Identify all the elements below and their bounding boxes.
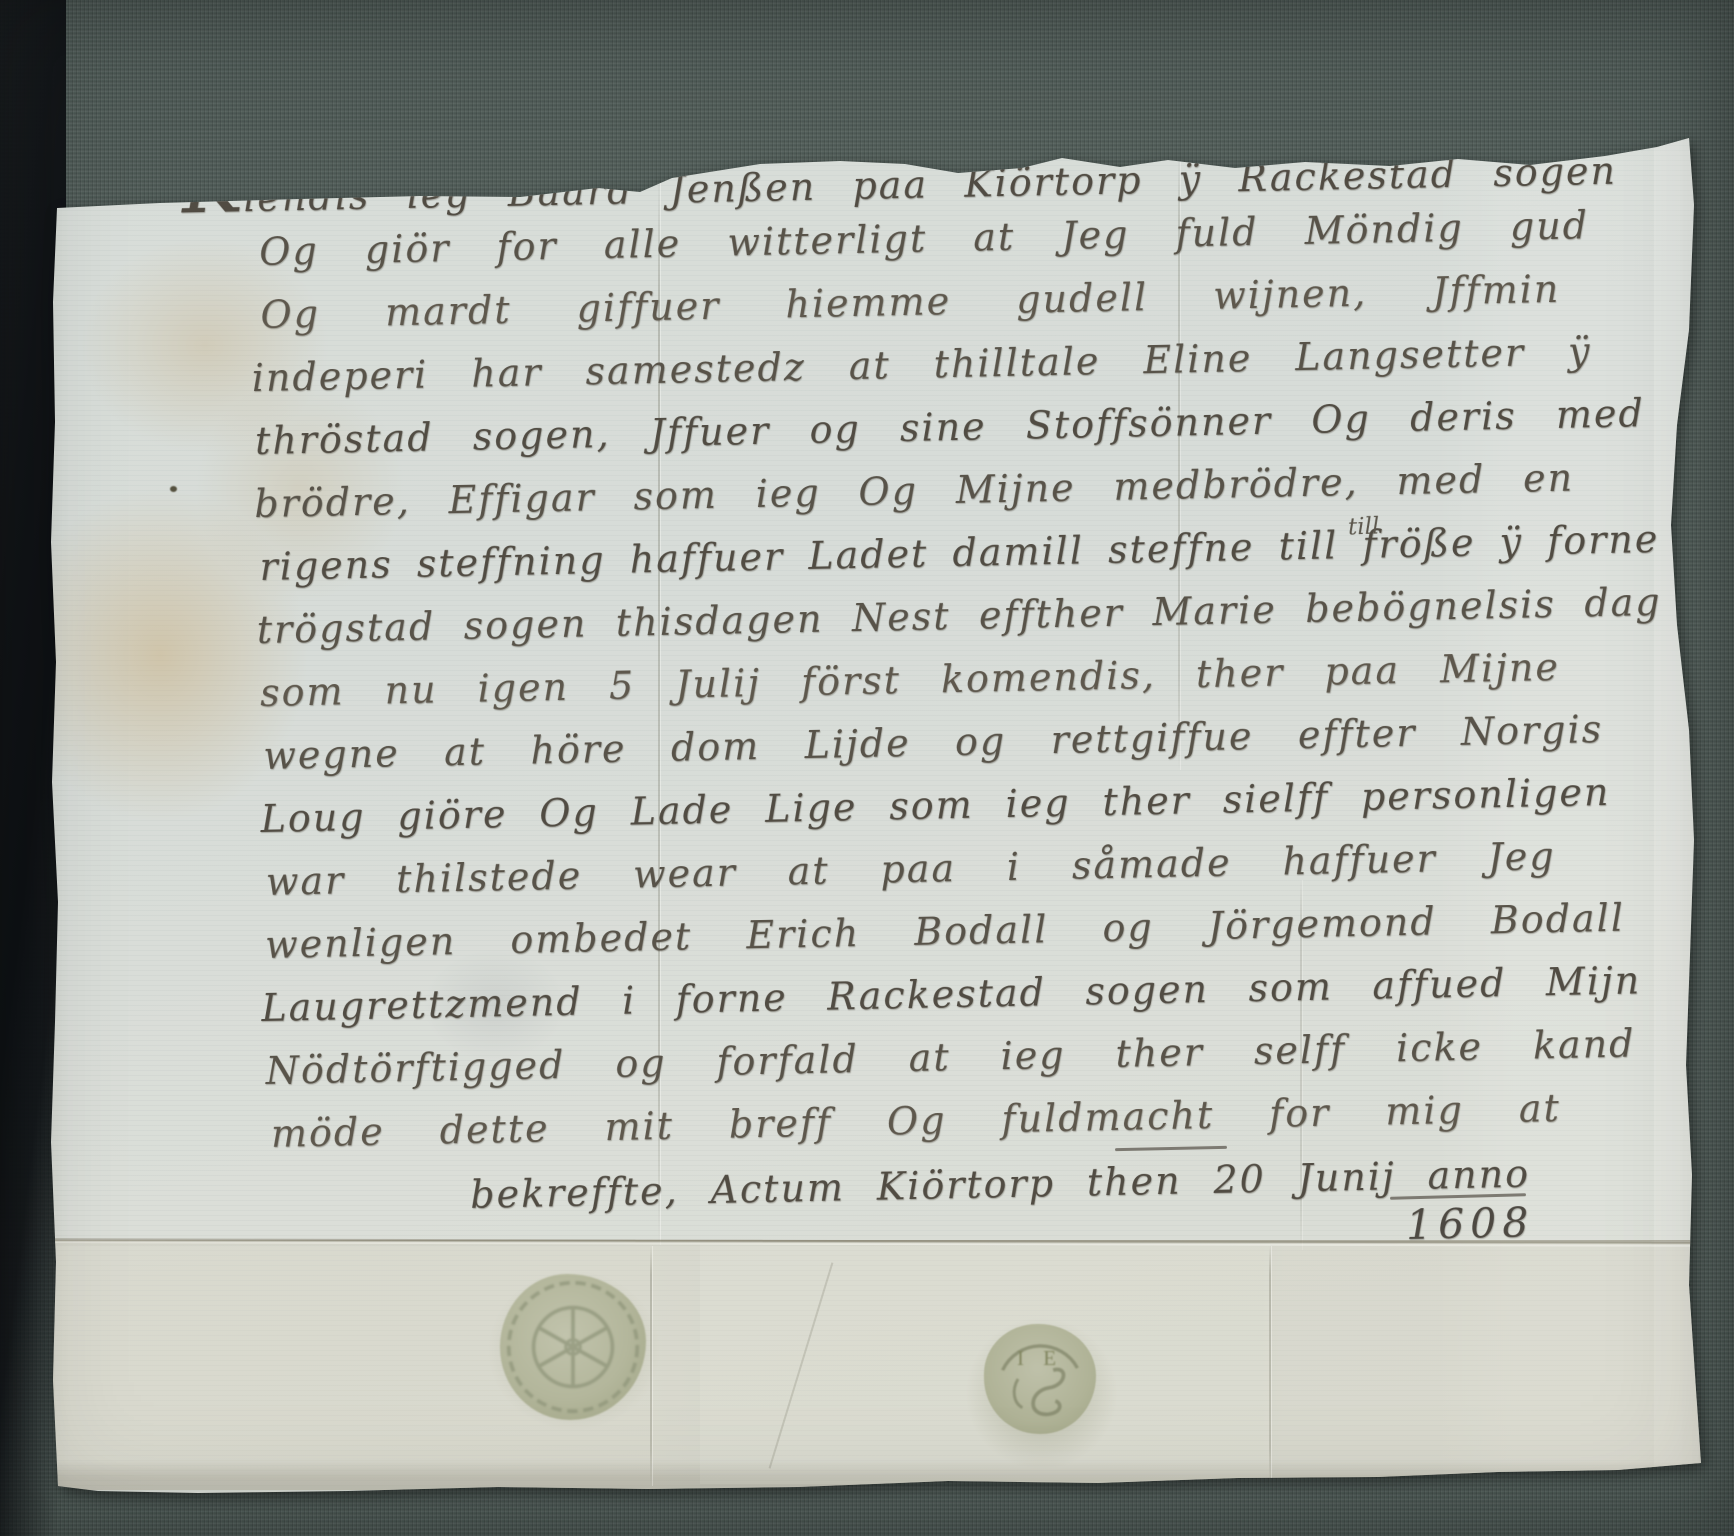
handwriting-block: Kiendis ieg Baard Jenßen paa Kiörtorp ÿ … [239,112,1682,1290]
wax-seal-rosette-icon [500,1274,646,1420]
seal-initials: I E [984,1346,1096,1371]
manuscript-sheet-wrap: Kiendis ieg Baard Jenßen paa Kiörtorp ÿ … [0,0,1734,1536]
handwriting-line: bekreffte, Actum Kiörtorp then 20 Junij … [470,1147,1531,1224]
archival-photo-scene: Kiendis ieg Baard Jenßen paa Kiörtorp ÿ … [0,0,1734,1536]
manuscript-sheet: Kiendis ieg Baard Jenßen paa Kiörtorp ÿ … [0,0,1734,1536]
superscript-insertion: till [1348,513,1380,540]
flap-crease-right [1269,1246,1271,1484]
year-1608: 1608 [1406,1199,1547,1250]
wax-seal-monogram-icon: I E [984,1324,1096,1434]
ink-speck [170,486,177,492]
